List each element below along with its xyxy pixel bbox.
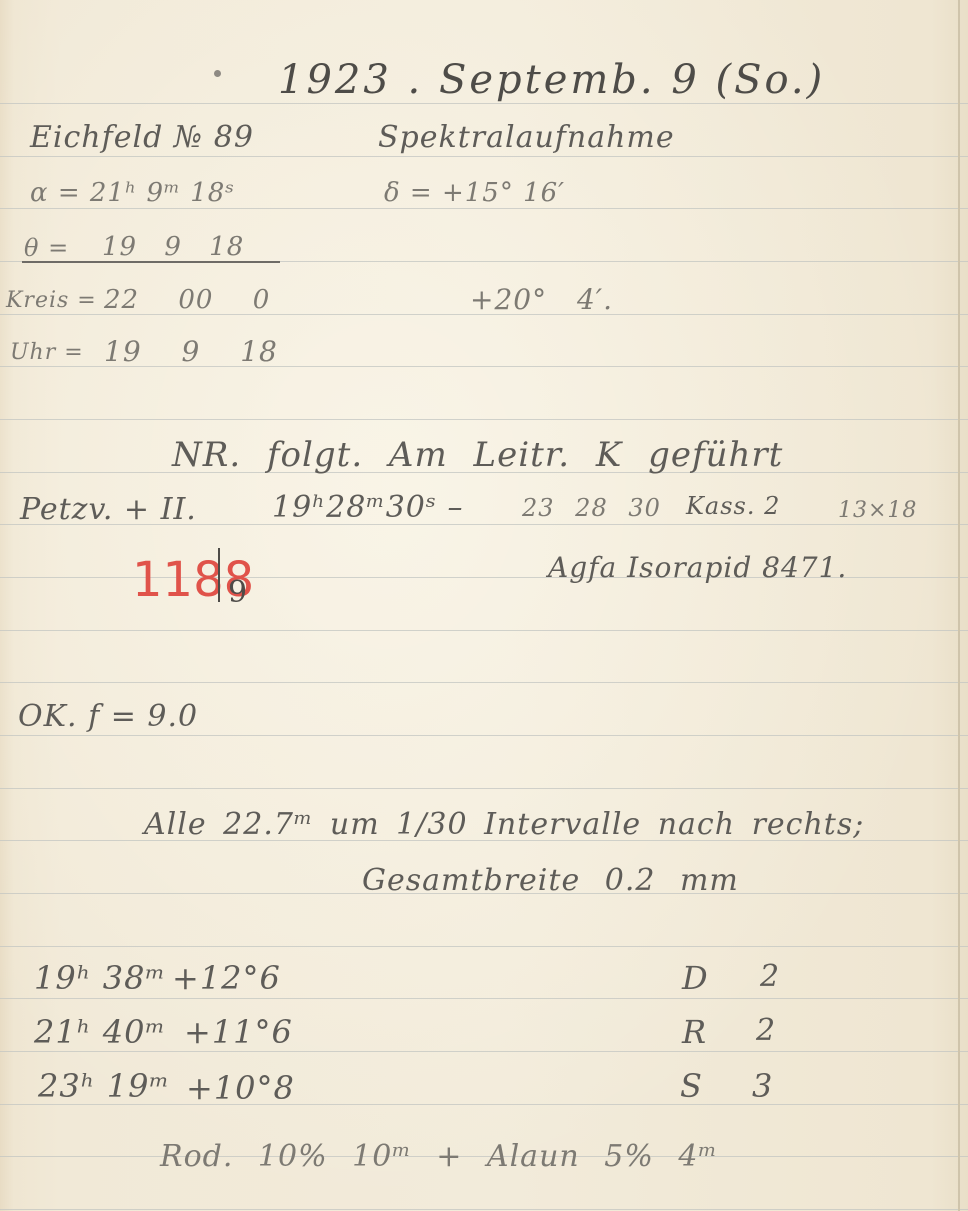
object-name: Eichfeld № 89 — [30, 123, 254, 153]
reading-quality-value: 2 — [760, 962, 780, 992]
uhr-label: Uhr = — [10, 342, 84, 364]
theta-label: θ = — [24, 236, 69, 260]
reading-value: +12°6 — [172, 962, 281, 994]
plate-number-correction: 9 — [228, 578, 248, 608]
ruled-line — [0, 1209, 968, 1210]
ruled-line — [0, 998, 968, 999]
exposure-end: 23 28 30 — [522, 496, 661, 520]
reading-quality-value: 3 — [752, 1070, 773, 1102]
ruled-line — [0, 156, 968, 157]
notebook-page: 1923 . Septemb. 9 (So.) Eichfeld № 89 Sp… — [0, 0, 968, 1211]
reading-time: 21ʰ 40ᵐ — [34, 1016, 166, 1048]
page-binding-edge — [958, 0, 960, 1211]
ruled-line — [0, 1051, 968, 1052]
ruled-line — [0, 419, 968, 420]
reading-value: +11°6 — [184, 1016, 293, 1048]
reading-quality-symbol: D — [682, 962, 709, 994]
kreis-label: Kreis = — [6, 290, 97, 312]
reading-quality-symbol: S — [680, 1070, 703, 1102]
exposure-type: Spektralaufnahme — [378, 123, 675, 153]
reading-time: 19ʰ 38ᵐ — [34, 962, 166, 994]
total-width-note: Gesamtbreite 0.2 mm — [362, 866, 739, 896]
reading-quality-value: 2 — [756, 1016, 776, 1046]
kreis-declination: +20° 4′. — [470, 286, 613, 314]
pencil-dot — [214, 70, 221, 77]
right-ascension: α = 21ʰ 9ᵐ 18ˢ — [30, 180, 235, 206]
date-heading: 1923 . Septemb. 9 (So.) — [278, 60, 825, 100]
ruled-line — [0, 946, 968, 947]
instrument: Petzv. + II. — [20, 495, 197, 525]
ruled-line — [0, 735, 968, 736]
correction-stroke — [218, 548, 220, 602]
ruled-line — [0, 682, 968, 683]
ruled-line — [0, 208, 968, 209]
reading-quality-symbol: R — [682, 1016, 707, 1048]
camera: Kass. 2 — [686, 494, 780, 518]
plate-type: Agfa Isorapid 8471. — [548, 554, 847, 582]
ruled-line — [0, 788, 968, 789]
guiding-note: NR. folgt. Am Leitr. K geführt — [172, 438, 783, 472]
ruled-line — [0, 103, 968, 104]
kreis-values: 22 00 0 — [104, 287, 270, 313]
declination: δ = +15° 16′ — [384, 180, 565, 206]
exposure-start: 19ʰ28ᵐ30ˢ – — [272, 493, 464, 523]
uhr-values: 19 9 18 — [104, 338, 278, 366]
ruled-line — [0, 630, 968, 631]
reading-time: 23ʰ 19ᵐ — [38, 1070, 170, 1102]
interval-note: Alle 22.7ᵐ um 1/30 Intervalle nach recht… — [144, 810, 864, 840]
theta-values: 19 9 18 — [102, 234, 244, 260]
development-note: Rod. 10% 10ᵐ + Alaun 5% 4ᵐ — [160, 1142, 718, 1172]
ocular-focal-length: OK. f = 9.0 — [18, 702, 198, 732]
plate-size: 13×18 — [838, 500, 917, 522]
theta-underline — [22, 261, 280, 263]
reading-value: +10°8 — [186, 1072, 295, 1104]
